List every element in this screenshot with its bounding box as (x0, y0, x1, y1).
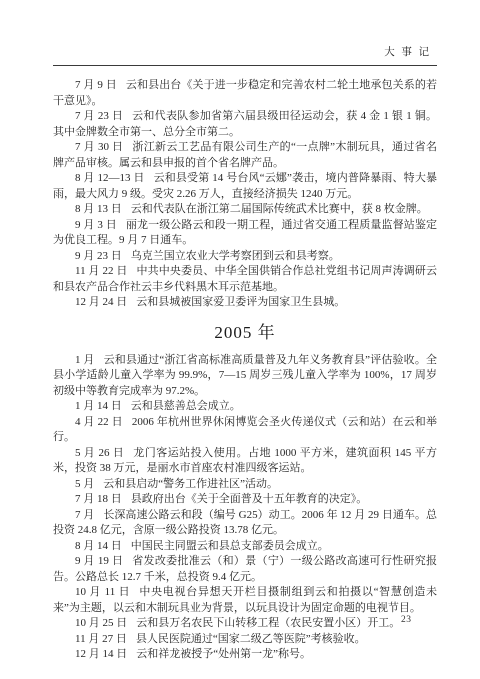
entry-date: 11 月 27 日 (75, 633, 127, 645)
section-2005-entries: 1 月云和县通过“浙江省高标准高质量普及九年义务教育县”评估验收。全县小学适龄儿… (53, 353, 437, 663)
entry-date: 7 月 9 日 (75, 79, 117, 91)
entry-text: 县人民医院通过“国家二级乙等医院”考核验收。 (136, 633, 366, 645)
entry-date: 12 月 14 日 (75, 648, 127, 660)
entry-text: 乌克兰国立农业大学考察团到云和县考察。 (131, 250, 340, 262)
chronicle-entry: 11 月 22 日中共中央委员、中华全国供销合作总社党组书记周声涛调研云和县农产… (53, 264, 437, 295)
chronicle-entry: 9 月 19 日省发改委批准云（和）景（宁）一级公路改高速可行性研究报告。公路总… (53, 554, 437, 585)
chronicle-entry: 9 月 23 日乌克兰国立农业大学考察团到云和县考察。 (53, 249, 437, 265)
entry-date: 9 月 19 日 (75, 555, 123, 567)
entry-text: 县政府出台《关于全面普及十五年教育的决定》。 (131, 493, 368, 505)
chronicle-entry: 11 月 27 日县人民医院通过“国家二级乙等医院”考核验收。 (53, 632, 437, 648)
entry-text: 云和县通过“浙江省高标准高质量普及九年义务教育县”评估验收。全县小学适龄儿童入学… (53, 354, 437, 397)
chronicle-entry: 7 月 23 日云和代表队参加省第六届县级田径运动会，获 4 金 1 银 1 铜… (53, 109, 437, 140)
entry-text: 云和县慈善总会成立。 (131, 400, 241, 412)
entry-date: 5 月 (75, 478, 94, 490)
chronicle-entry: 1 月 14 日云和县慈善总会成立。 (53, 399, 437, 415)
entry-date: 9 月 3 日 (75, 219, 117, 231)
entry-date: 7 月 23 日 (75, 110, 123, 122)
entry-date: 8 月 12—13 日 (75, 172, 145, 184)
entry-date: 10 月 11 日 (75, 586, 130, 598)
entry-date: 1 月 (75, 354, 95, 366)
entry-text: 中国民主同盟云和县总支部委员会成立。 (131, 540, 329, 552)
chronicle-entry: 5 月云和县启动“警务工作进社区”活动。 (53, 477, 437, 493)
entry-date: 7 月 (75, 509, 94, 521)
entry-text: 长深高速公路云和段（编号 G25）动工。2006 年 12 月 29 日通车。总… (53, 509, 437, 537)
entry-date: 11 月 22 日 (75, 265, 128, 277)
entry-date: 5 月 26 日 (75, 447, 124, 459)
chronicle-entry: 10 月 11 日中央电视台异想天开栏目摄制组到云和拍摄以“智慧创造未来”为主题… (53, 585, 437, 616)
chronicle-entry: 7 月 18 日县政府出台《关于全面普及十五年教育的决定》。 (53, 492, 437, 508)
entry-text: 云和祥龙被授予“处州第一龙”称号。 (136, 648, 311, 660)
chronicle-entry: 8 月 13 日云和代表队在浙江第二届国际传统武术比赛中，获 8 枚金牌。 (53, 202, 437, 218)
header-rule (53, 65, 437, 66)
entry-date: 4 月 22 日 (75, 416, 123, 428)
entry-date: 8 月 13 日 (75, 203, 122, 215)
entry-date: 1 月 14 日 (75, 400, 122, 412)
running-header: 大 事 记 (53, 46, 437, 65)
page-content: 大 事 记 7 月 9 日云和县出台《关于进一步稳定和完善农村二轮土地承包关系的… (53, 46, 437, 663)
entry-date: 8 月 14 日 (75, 540, 122, 552)
entry-text: 云和县万名农民下山转移工程（农民安置小区）开工。 (136, 617, 400, 629)
chronicle-entry: 4 月 22 日2006 年杭州世界休闲博览会圣火传递仪式（云和站）在云和举行。 (53, 415, 437, 446)
year-heading: 2005 年 (53, 322, 437, 344)
entry-text: 云和县城被国家爱卫委评为国家卫生县城。 (136, 296, 345, 308)
chronicle-entry: 12 月 24 日云和县城被国家爱卫委评为国家卫生县城。 (53, 295, 437, 311)
entry-date: 12 月 24 日 (75, 296, 127, 308)
chronicle-entry: 10 月 25 日云和县万名农民下山转移工程（农民安置小区）开工。 (53, 616, 437, 632)
entry-date: 9 月 23 日 (75, 250, 122, 262)
entry-text: 云和县启动“警务工作进社区”活动。 (103, 478, 278, 490)
entry-date: 7 月 30 日 (75, 141, 123, 153)
chronicle-entry: 5 月 26 日龙门客运站投入使用。占地 1000 平方米，建筑面积 145 平… (53, 446, 437, 477)
page-number: 23 (401, 615, 412, 625)
chronicle-entry: 12 月 14 日云和祥龙被授予“处州第一龙”称号。 (53, 647, 437, 663)
document-page: 大 事 记 7 月 9 日云和县出台《关于进一步稳定和完善农村二轮土地承包关系的… (0, 0, 480, 679)
entry-text: 云和代表队在浙江第二届国际传统武术比赛中，获 8 枚金牌。 (131, 203, 428, 215)
chronicle-entry: 8 月 12—13 日云和县受第 14 号台风“云娜”袭击，境内普降暴雨、特大暴… (53, 171, 437, 202)
entry-date: 7 月 18 日 (75, 493, 122, 505)
chronicle-entry: 9 月 3 日丽龙一级公路云和段一期工程，通过省交通工程质量监督站鉴定为优良工程… (53, 218, 437, 249)
section-2004-entries: 7 月 9 日云和县出台《关于进一步稳定和完善农村二轮土地承包关系的若干意见》。… (53, 78, 437, 311)
chronicle-entry: 7 月 30 日浙江新云工艺品有限公司生产的“一点牌”木制玩具，通过省名牌产品审… (53, 140, 437, 171)
chronicle-entry: 7 月 9 日云和县出台《关于进一步稳定和完善农村二轮土地承包关系的若干意见》。 (53, 78, 437, 109)
chronicle-entry: 1 月云和县通过“浙江省高标准高质量普及九年义务教育县”评估验收。全县小学适龄儿… (53, 353, 437, 400)
chronicle-entry: 8 月 14 日中国民主同盟云和县总支部委员会成立。 (53, 539, 437, 555)
chronicle-entry: 7 月长深高速公路云和段（编号 G25）动工。2006 年 12 月 29 日通… (53, 508, 437, 539)
entry-date: 10 月 25 日 (75, 617, 127, 629)
